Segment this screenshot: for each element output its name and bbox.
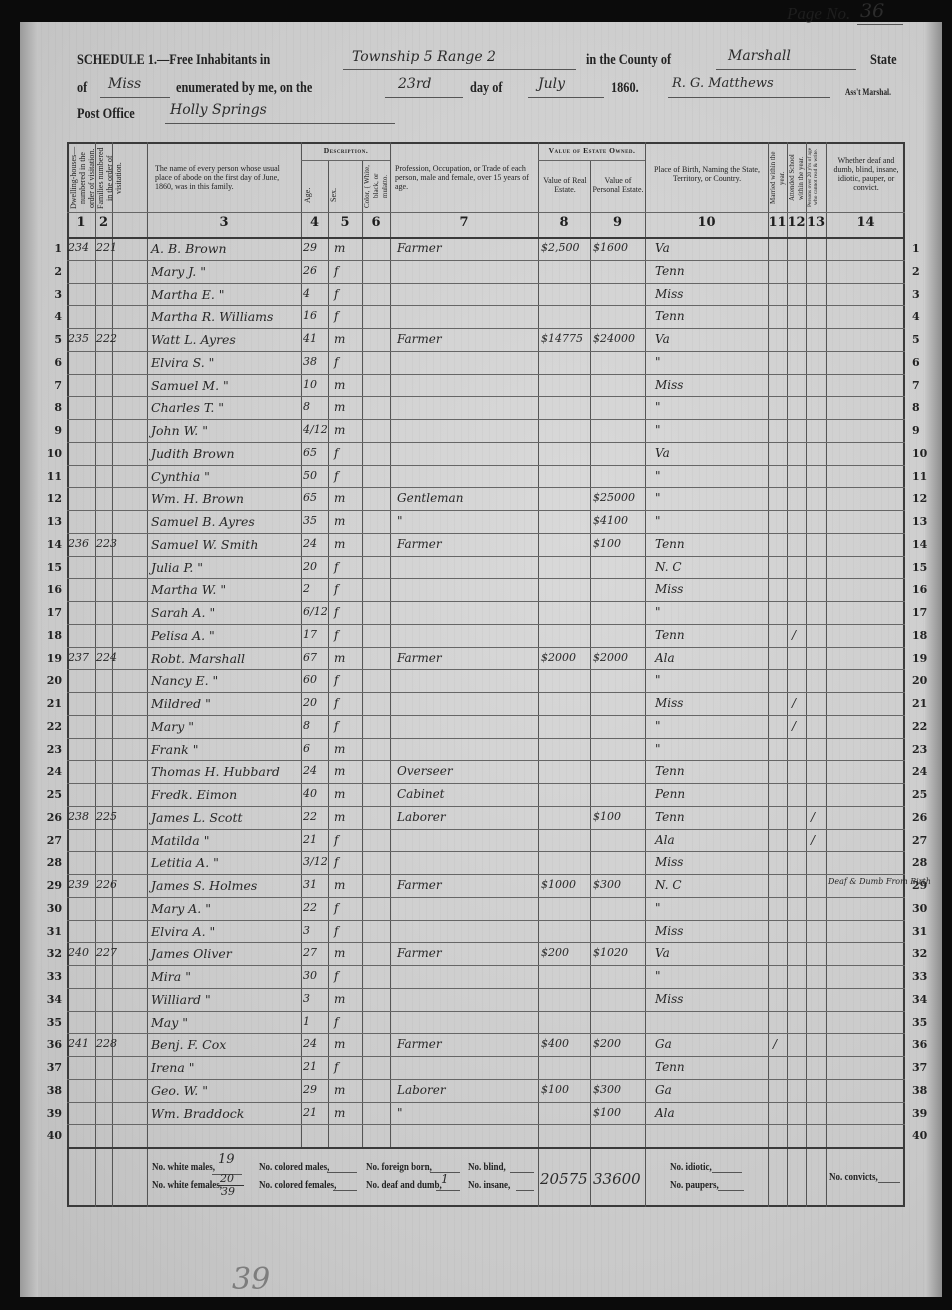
row-number-right: 39	[912, 1107, 932, 1120]
col-divider	[787, 142, 788, 1207]
cell-name: Williard "	[151, 992, 211, 1007]
cell-birthplace: Miss	[655, 992, 683, 1006]
page-number-label: Page No.	[787, 4, 850, 24]
row-number-left: 25	[42, 788, 62, 801]
row-number-left: 34	[42, 993, 62, 1006]
cell-age: 31	[303, 878, 317, 891]
enumerated-label: enumerated by me, on the	[176, 80, 312, 97]
cell-sex: m	[334, 878, 345, 892]
cell-name: Cynthia "	[151, 469, 210, 484]
cell-name: James S. Holmes	[151, 878, 257, 893]
row-number-right: 36	[912, 1038, 932, 1051]
cell-real-estate: $100	[541, 1083, 569, 1096]
cell-cannot-read: /	[811, 810, 815, 824]
cell-sex: m	[334, 537, 345, 551]
row-number-left: 37	[42, 1061, 62, 1074]
cell-name: Martha E. "	[151, 287, 225, 302]
cell-birthplace: "	[655, 514, 661, 528]
cell-age: 41	[303, 332, 317, 345]
cell-sex: f	[334, 901, 338, 915]
cell-sex: m	[334, 332, 345, 346]
cell-name: Julia P. "	[151, 560, 203, 575]
row-number-left: 3	[42, 288, 62, 301]
row-number-right: 13	[912, 515, 932, 528]
cell-family: 226	[96, 878, 112, 891]
row-divider	[67, 351, 905, 352]
foreign-born-label: No. foreign born,	[366, 1162, 432, 1173]
cell-age: 20	[303, 696, 317, 709]
cell-real-estate: $2000	[541, 651, 576, 664]
day-of-label: day of	[470, 80, 502, 97]
cell-occupation: Farmer	[397, 946, 442, 960]
cell-age: 6	[303, 742, 310, 755]
cell-name: May "	[151, 1015, 188, 1030]
cell-name: Wm. Braddock	[151, 1106, 244, 1121]
cell-birthplace: Ala	[655, 833, 675, 847]
row-divider	[67, 374, 905, 375]
row-divider	[67, 783, 905, 784]
cell-age: 35	[303, 514, 317, 527]
personal-estate-total: 33600	[593, 1170, 641, 1188]
cell-sex: m	[334, 764, 345, 778]
cell-occupation: "	[397, 1106, 403, 1120]
row-number-right: 5	[912, 333, 932, 346]
row-number-left: 9	[42, 424, 62, 437]
township-value: Township 5 Range 2	[352, 49, 496, 65]
paupers-label: No. paupers,	[670, 1180, 719, 1191]
col-header-3: The name of every person whose usual pla…	[155, 164, 295, 191]
cell-name: Watt L. Ayres	[151, 332, 236, 347]
cell-age: 29	[303, 1083, 317, 1096]
row-divider	[67, 283, 905, 284]
cell-occupation: Cabinet	[397, 787, 445, 801]
row-number-right: 14	[912, 538, 932, 551]
col-header-4: Age.	[303, 180, 327, 210]
col-header-6: Color, { White, black, or mulatto.	[363, 162, 389, 210]
cell-birthplace: Tenn	[655, 309, 685, 323]
row-number-right: 40	[912, 1129, 932, 1142]
idiotic-line	[712, 1172, 742, 1173]
cell-personal-estate: $300	[593, 878, 621, 891]
cell-married: /	[773, 1037, 777, 1051]
row-number-left: 14	[42, 538, 62, 551]
cell-name: Mildred "	[151, 696, 211, 711]
cell-dwelling: 239	[68, 878, 89, 891]
row-number-right: 3	[912, 288, 932, 301]
row-number-left: 8	[42, 401, 62, 414]
cell-personal-estate: $2000	[593, 651, 628, 664]
col-header-5: Sex.	[329, 180, 361, 210]
col-number-5: 5	[328, 212, 362, 234]
page-number-line	[857, 24, 903, 25]
cell-school: /	[792, 719, 796, 733]
col-divider	[806, 142, 807, 1207]
cell-age: 65	[303, 491, 317, 504]
col-header-12: Attended School within the year.	[788, 146, 806, 210]
white-males-label: No. white males,	[152, 1162, 215, 1173]
row-number-left: 27	[42, 834, 62, 847]
row-number-right: 7	[912, 379, 932, 392]
cell-sex: m	[334, 241, 345, 255]
col-divider	[147, 142, 148, 1207]
row-divider	[67, 1011, 905, 1012]
cell-name: Nancy E. "	[151, 673, 218, 688]
row-number-right: 1	[912, 242, 932, 255]
cell-sex: f	[334, 1015, 338, 1029]
cell-birthplace: Va	[655, 446, 670, 460]
cell-birthplace: "	[655, 423, 661, 437]
real-estate-total: 20575	[540, 1170, 588, 1188]
cell-birthplace: "	[655, 469, 661, 483]
total-persons-value: 39	[221, 1185, 235, 1198]
cell-sex: m	[334, 423, 345, 437]
row-number-left: 23	[42, 743, 62, 756]
cell-birthplace: Tenn	[655, 537, 685, 551]
cell-birthplace: Va	[655, 241, 670, 255]
cell-sex: m	[334, 742, 345, 756]
row-number-left: 12	[42, 492, 62, 505]
row-number-left: 1	[42, 242, 62, 255]
cell-sex: m	[334, 810, 345, 824]
cell-occupation: Farmer	[397, 537, 442, 551]
cell-sex: m	[334, 491, 345, 505]
row-number-left: 35	[42, 1016, 62, 1029]
cell-birthplace: Miss	[655, 378, 683, 392]
colored-males-line	[327, 1172, 357, 1173]
cell-name: Charles T. "	[151, 400, 224, 415]
cell-birthplace: Tenn	[655, 628, 685, 642]
county-label: in the County of	[586, 52, 671, 69]
cell-real-estate: $200	[541, 946, 569, 959]
col-header-10: Place of Birth, Naming the State, Territ…	[650, 165, 764, 183]
township-line	[343, 69, 576, 70]
cell-birthplace: N. C	[655, 560, 682, 574]
cell-sex: f	[334, 696, 338, 710]
cell-name: Wm. H. Brown	[151, 491, 244, 506]
row-divider	[67, 1033, 905, 1034]
cell-birthplace: "	[655, 969, 661, 983]
cell-sex: f	[334, 605, 338, 619]
cell-personal-estate: $4100	[593, 514, 628, 527]
cell-name: Mary J. "	[151, 264, 206, 279]
row-number-right: 17	[912, 606, 932, 619]
cell-sex: m	[334, 514, 345, 528]
row-number-left: 19	[42, 652, 62, 665]
cell-age: 10	[303, 378, 317, 391]
cell-age: 4	[303, 287, 310, 300]
row-number-right: 30	[912, 902, 932, 915]
cell-personal-estate: $1020	[593, 946, 628, 959]
margin-note: 39	[232, 1262, 270, 1297]
col-divider	[768, 142, 769, 1207]
cell-birthplace: Tenn	[655, 264, 685, 278]
cell-name: Frank "	[151, 742, 198, 757]
cell-birthplace: "	[655, 742, 661, 756]
cell-name: Pelisa A. "	[151, 628, 215, 643]
post-office-label: Post Office	[77, 106, 135, 123]
col-header-13: Persons over 20 y'rs of age who cannot r…	[807, 144, 826, 210]
summary-top-divider	[67, 1147, 905, 1149]
row-number-right: 8	[912, 401, 932, 414]
cell-age: 8	[303, 400, 310, 413]
blind-label: No. blind,	[468, 1162, 506, 1173]
cell-dwelling: 238	[68, 810, 89, 823]
col-header-9: Value of Personal Estate.	[591, 176, 645, 194]
month-value: July	[538, 76, 565, 92]
cell-age: 67	[303, 651, 317, 664]
row-number-left: 30	[42, 902, 62, 915]
col-header-8: Value of Real Estate.	[540, 176, 590, 194]
cell-dwelling: 236	[68, 537, 89, 550]
cell-name: Irena "	[151, 1060, 195, 1075]
month-line	[528, 97, 604, 98]
row-divider	[67, 988, 905, 989]
row-divider	[67, 692, 905, 693]
cell-personal-estate: $100	[593, 1106, 621, 1119]
row-number-left: 7	[42, 379, 62, 392]
estate-group-header: Value of Estate Owned.	[539, 146, 645, 155]
row-divider	[67, 806, 905, 807]
cell-name: Benj. F. Cox	[151, 1037, 226, 1052]
row-number-left: 6	[42, 356, 62, 369]
cell-age: 1	[303, 1015, 310, 1028]
cell-name: Martha R. Williams	[151, 309, 273, 324]
cell-name: Samuel B. Ayres	[151, 514, 255, 529]
paupers-line	[718, 1190, 744, 1191]
row-divider	[67, 874, 905, 875]
cell-name: Martha W. "	[151, 582, 226, 597]
row-number-right: 22	[912, 720, 932, 733]
row-number-right: 38	[912, 1084, 932, 1097]
row-divider	[67, 419, 905, 420]
cell-birthplace: Va	[655, 946, 670, 960]
cell-dwelling: 235	[68, 332, 89, 345]
cell-sex: m	[334, 1037, 345, 1051]
cell-birthplace: "	[655, 491, 661, 505]
row-number-left: 39	[42, 1107, 62, 1120]
cell-sex: f	[334, 1060, 338, 1074]
deaf-dumb-value: 1	[441, 1172, 449, 1186]
cell-real-estate: $14775	[541, 332, 583, 345]
marshal-name: R. G. Matthews	[672, 76, 774, 91]
col-header-14: Whether deaf and dumb, blind, insane, id…	[830, 156, 902, 192]
row-divider	[67, 942, 905, 943]
idiotic-label: No. idiotic,	[670, 1162, 712, 1173]
state-label: State	[870, 52, 897, 69]
row-divider	[67, 829, 905, 830]
row-number-right: 4	[912, 310, 932, 323]
cell-name: John W. "	[151, 423, 208, 438]
row-divider	[67, 442, 905, 443]
row-divider	[67, 578, 905, 579]
row-divider	[67, 533, 905, 534]
row-number-left: 10	[42, 447, 62, 460]
cell-sex: m	[334, 651, 345, 665]
row-divider	[67, 738, 905, 739]
cell-birthplace: Tenn	[655, 810, 685, 824]
row-number-left: 33	[42, 970, 62, 983]
col-number-13: 13	[806, 212, 826, 234]
row-number-right: 6	[912, 356, 932, 369]
cell-dwelling: 237	[68, 651, 89, 664]
cell-age: 24	[303, 537, 317, 550]
cell-name: Sarah A. "	[151, 605, 215, 620]
cell-birthplace: N. C	[655, 878, 682, 892]
row-divider	[67, 965, 905, 966]
cell-name: Judith Brown	[151, 446, 235, 461]
col-number-14: 14	[826, 212, 905, 234]
cell-name: Geo. W. "	[151, 1083, 208, 1098]
cell-birthplace: Ga	[655, 1037, 672, 1051]
cell-age: 30	[303, 969, 317, 982]
cell-sex: f	[334, 560, 338, 574]
page-left-edge	[20, 22, 38, 1297]
row-divider	[67, 305, 905, 306]
row-divider	[67, 624, 905, 625]
cell-occupation: Farmer	[397, 651, 442, 665]
cell-name: James Oliver	[151, 946, 232, 961]
white-males-value: 19	[218, 1152, 235, 1167]
cell-age: 3/12	[303, 855, 328, 868]
cell-sex: m	[334, 1083, 345, 1097]
cell-cannot-read: /	[811, 833, 815, 847]
cell-name: Samuel W. Smith	[151, 537, 258, 552]
cell-birthplace: "	[655, 673, 661, 687]
row-number-right: 32	[912, 947, 932, 960]
of-label: of	[77, 80, 87, 97]
cell-family: 222	[96, 332, 112, 345]
cell-birthplace: Ala	[655, 1106, 675, 1120]
row-divider	[67, 669, 905, 670]
cell-school: /	[792, 696, 796, 710]
row-number-left: 28	[42, 856, 62, 869]
cell-name: Mary "	[151, 719, 194, 734]
cell-age: 50	[303, 469, 317, 482]
page-number-value: 36	[860, 0, 884, 22]
cell-personal-estate: $200	[593, 1037, 621, 1050]
col-divider	[362, 160, 363, 1147]
row-divider	[67, 396, 905, 397]
row-divider	[67, 760, 905, 761]
cell-age: 40	[303, 787, 317, 800]
cell-remarks: Deaf & Dumb From Birth	[828, 877, 904, 886]
row-number-right: 21	[912, 697, 932, 710]
cell-personal-estate: $100	[593, 810, 621, 823]
cell-age: 21	[303, 1060, 317, 1073]
row-number-right: 26	[912, 811, 932, 824]
row-number-left: 11	[42, 470, 62, 483]
cell-sex: m	[334, 378, 345, 392]
cell-age: 24	[303, 1037, 317, 1050]
cell-name: Letitia A. "	[151, 855, 219, 870]
cell-occupation: Farmer	[397, 241, 442, 255]
county-line	[716, 69, 856, 70]
col-number-8: 8	[538, 212, 590, 234]
col-number-4: 4	[301, 212, 328, 234]
col-divider	[390, 142, 391, 1147]
cell-birthplace: "	[655, 719, 661, 733]
col-divider	[538, 142, 539, 1207]
cell-personal-estate: $300	[593, 1083, 621, 1096]
description-group-header: Description.	[302, 146, 390, 155]
cell-sex: f	[334, 446, 338, 460]
day-line	[385, 97, 463, 98]
col-divider	[328, 160, 329, 1147]
row-number-left: 5	[42, 333, 62, 346]
group-divider	[301, 160, 390, 161]
row-number-left: 16	[42, 583, 62, 596]
cell-birthplace: Miss	[655, 855, 683, 869]
cell-family: 225	[96, 810, 112, 823]
cell-occupation: "	[397, 514, 403, 528]
cell-occupation: Gentleman	[397, 491, 463, 505]
cell-dwelling: 234	[68, 241, 89, 254]
cell-name: Elvira A. "	[151, 924, 215, 939]
row-number-left: 38	[42, 1084, 62, 1097]
cell-sex: f	[334, 355, 338, 369]
cell-birthplace: Ala	[655, 651, 675, 665]
post-office-value: Holly Springs	[170, 102, 267, 118]
cell-birthplace: Miss	[655, 696, 683, 710]
cell-sex: m	[334, 400, 345, 414]
row-number-left: 17	[42, 606, 62, 619]
row-number-right: 25	[912, 788, 932, 801]
cell-age: 22	[303, 810, 317, 823]
row-divider	[67, 1056, 905, 1057]
cell-birthplace: Miss	[655, 287, 683, 301]
cell-name: Fredk. Eimon	[151, 787, 237, 802]
row-divider	[67, 487, 905, 488]
cell-real-estate: $400	[541, 1037, 569, 1050]
cell-sex: f	[334, 582, 338, 596]
cell-age: 60	[303, 673, 317, 686]
county-value: Marshall	[728, 48, 791, 64]
row-divider	[67, 920, 905, 921]
cell-sex: f	[334, 969, 338, 983]
row-number-left: 20	[42, 674, 62, 687]
cell-age: 8	[303, 719, 310, 732]
cell-sex: f	[334, 673, 338, 687]
row-divider	[67, 556, 905, 557]
cell-family: 228	[96, 1037, 112, 1050]
row-number-right: 23	[912, 743, 932, 756]
cell-personal-estate: $1600	[593, 241, 628, 254]
cell-personal-estate: $24000	[593, 332, 635, 345]
row-number-left: 32	[42, 947, 62, 960]
convicts-label: No. convicts,	[829, 1172, 878, 1183]
cell-age: 26	[303, 264, 317, 277]
row-divider	[67, 1124, 905, 1125]
col-divider	[301, 142, 302, 1147]
cell-birthplace: Miss	[655, 924, 683, 938]
cell-personal-estate: $100	[593, 537, 621, 550]
cell-age: 4/12	[303, 423, 328, 436]
cell-age: 2	[303, 582, 310, 595]
row-number-left: 40	[42, 1129, 62, 1142]
marshal-line	[668, 97, 830, 98]
cell-age: 21	[303, 1106, 317, 1119]
col-divider	[590, 160, 591, 1207]
cell-age: 65	[303, 446, 317, 459]
row-divider	[67, 1079, 905, 1080]
row-number-left: 22	[42, 720, 62, 733]
col-number-10: 10	[645, 212, 768, 234]
cell-name: A. B. Brown	[151, 241, 227, 256]
col-header-11: Married within the year.	[769, 146, 787, 210]
row-number-left: 4	[42, 310, 62, 323]
row-divider	[67, 465, 905, 466]
row-number-right: 10	[912, 447, 932, 460]
